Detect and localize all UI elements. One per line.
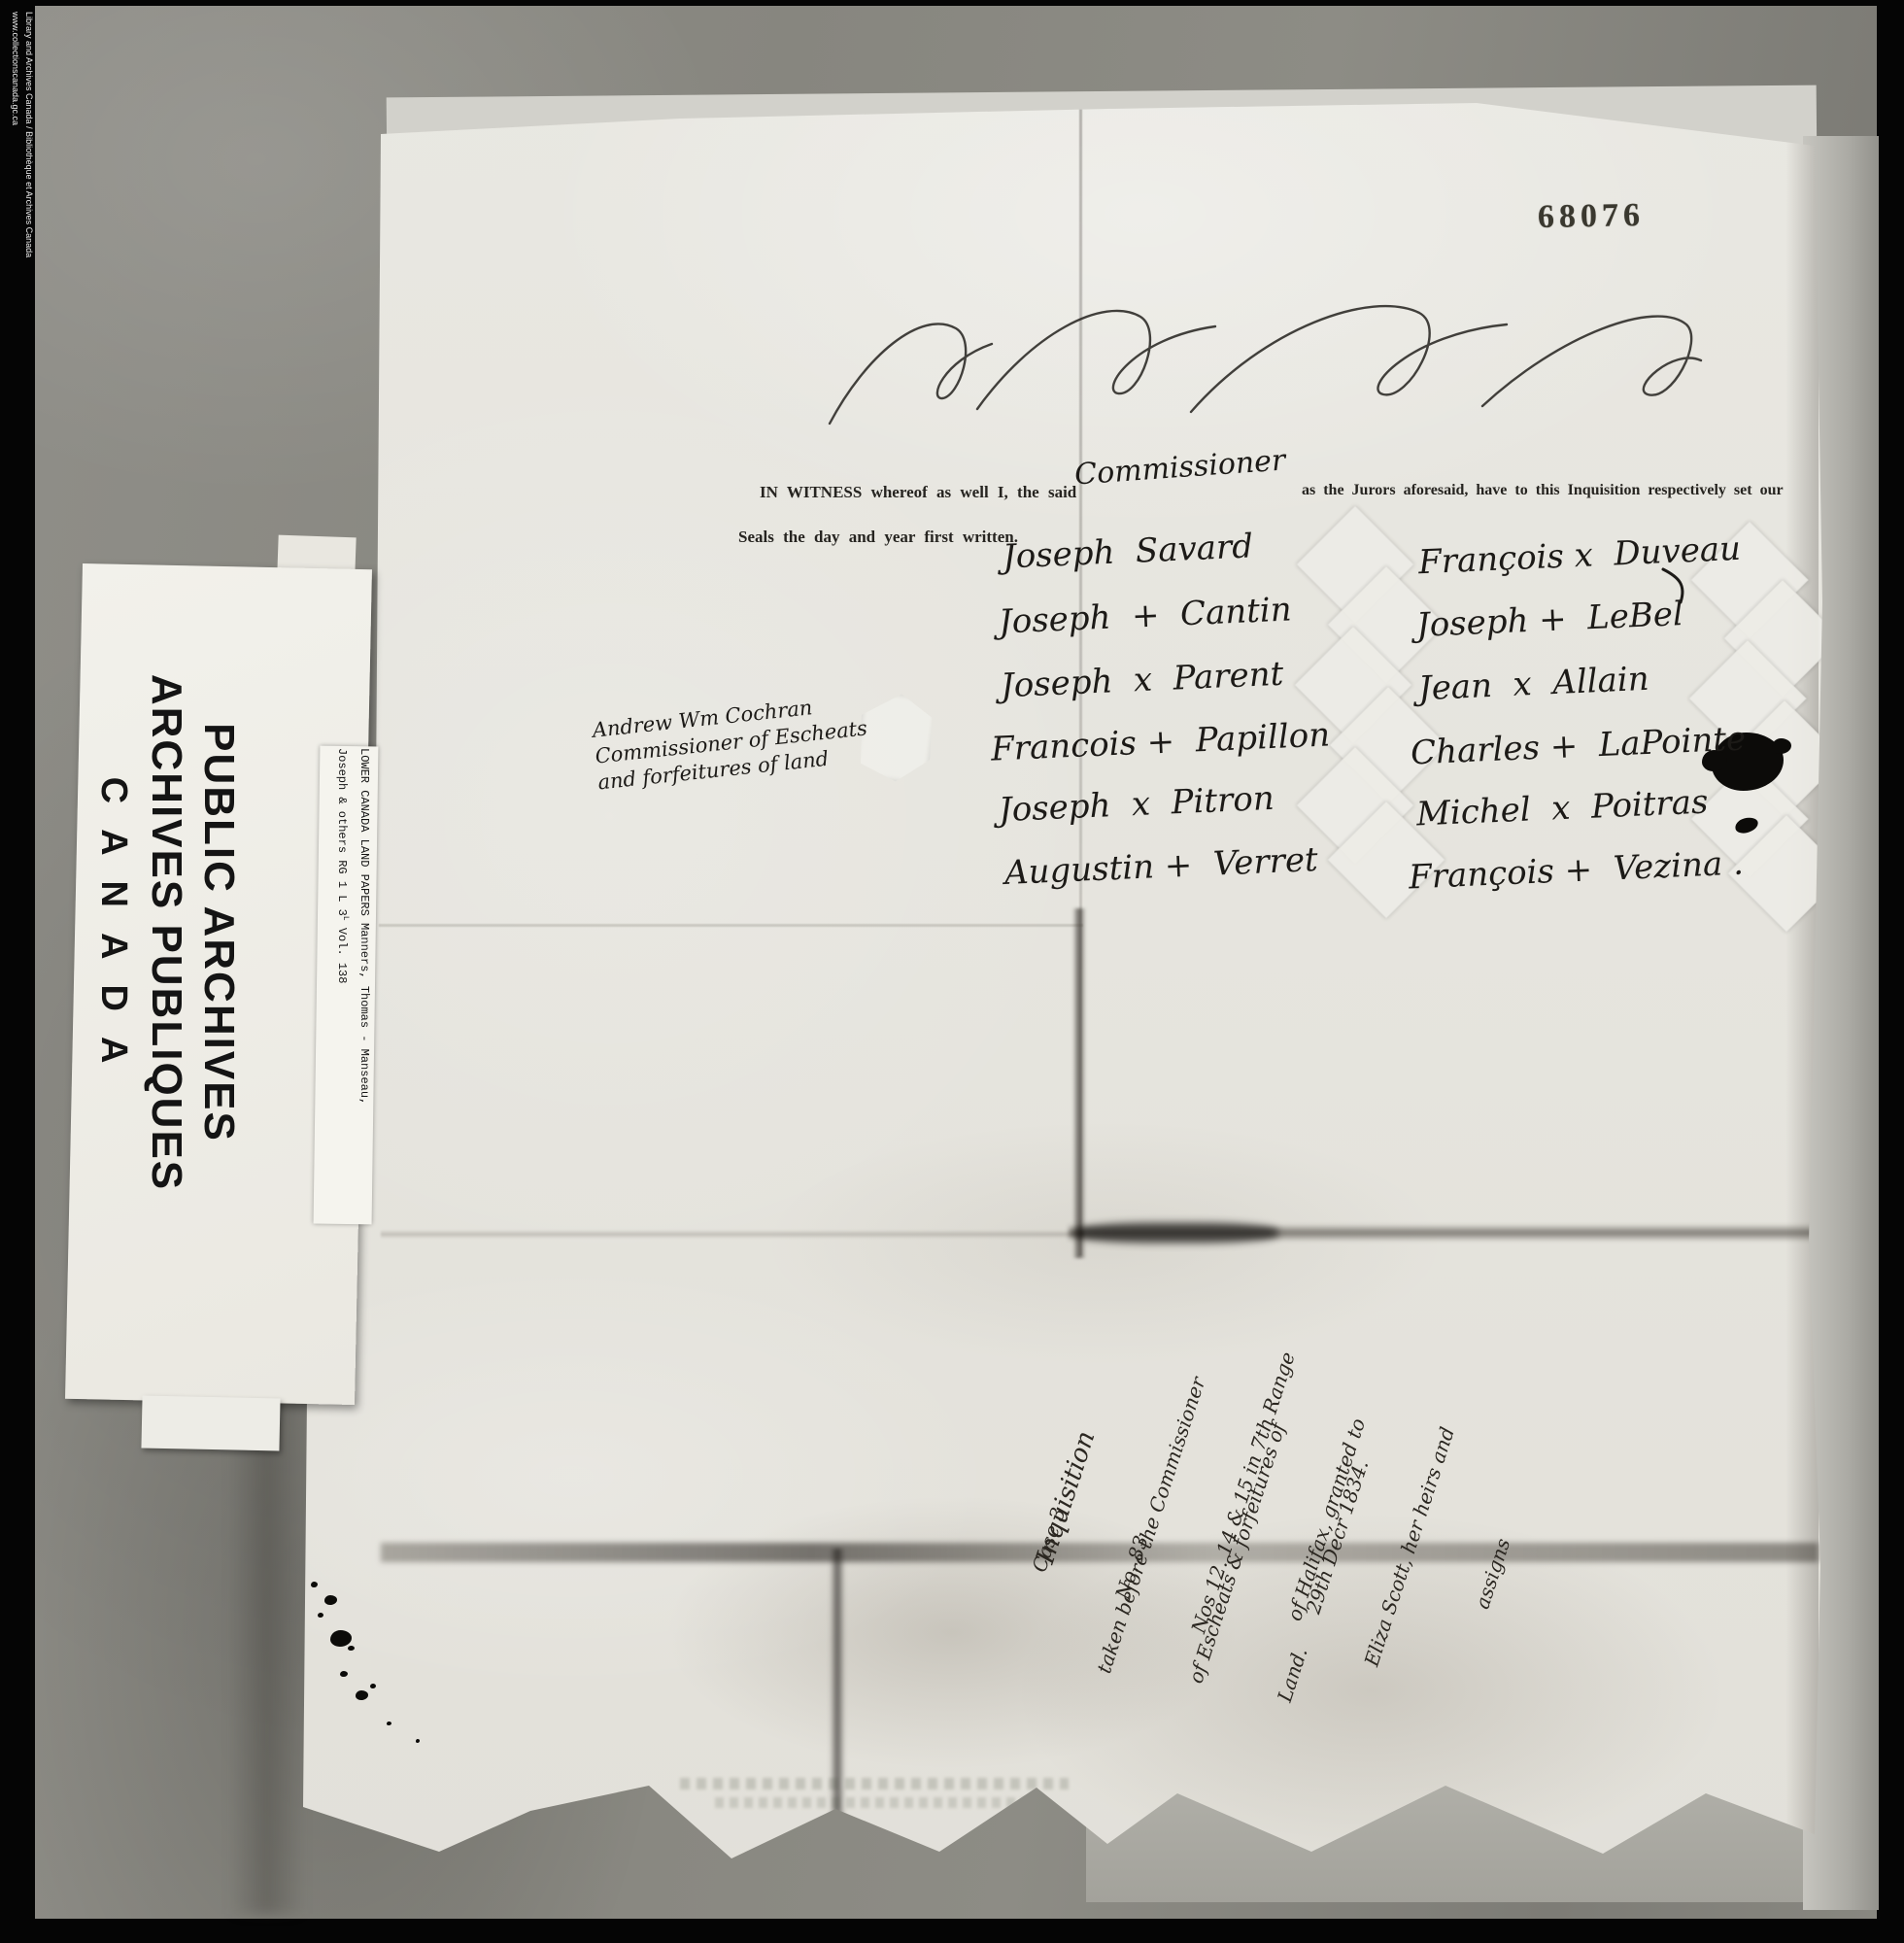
card-tab — [141, 1396, 280, 1451]
card-title: PUBLIC ARCHIVES ARCHIVES PUBLIQUES CANAD… — [89, 563, 245, 1302]
ink-splatter — [324, 1595, 337, 1605]
juror-signature: Augustin + Verret — [1003, 840, 1318, 893]
reference-label-line2-pre: Joseph & others RG 1 L 3 — [335, 748, 349, 916]
commissioner-signature-block: Andrew Wm Cochran Commissioner of Eschea… — [592, 690, 871, 797]
ink-splatter — [348, 1646, 355, 1651]
reference-label-line1: LOWER CANADA LAND PAPERS Manners, Thomas… — [355, 748, 373, 1222]
microfilm-scan: 68076 IN WITNESS whereof as well I, the … — [0, 0, 1904, 1943]
juror-signature: Francois + Papillon — [990, 715, 1331, 768]
ink-splatter — [311, 1582, 318, 1587]
ink-splatter — [318, 1613, 323, 1618]
show-through-text — [680, 1778, 1069, 1790]
juror-signature: François + Vezina . — [1408, 843, 1744, 897]
horizontal-crease-2-left — [381, 1230, 1084, 1239]
juror-signature: Joseph + LeBel — [1415, 595, 1683, 645]
juror-signature: Joseph x Pitron — [998, 779, 1275, 830]
ink-splatter — [356, 1690, 368, 1700]
reference-label-line2-post: Vol. 138 — [335, 921, 349, 984]
archival-stamp-number: 68076 — [1538, 197, 1646, 236]
card-title-line2: ARCHIVES PUBLIQUES — [140, 563, 192, 1302]
horizontal-crease-1 — [379, 924, 1083, 927]
witness-clause-left: IN WITNESS whereof as well I, the said — [760, 483, 1076, 502]
ink-splatter — [370, 1684, 376, 1688]
juror-signature: Michel x Poitras — [1415, 782, 1709, 834]
horizontal-crease-2-knot — [1074, 1222, 1278, 1244]
juror-signature: Jean x Allain — [1417, 660, 1649, 708]
ink-splatter — [330, 1630, 352, 1647]
right-edge-shade — [1785, 136, 1819, 1846]
reference-label-text: LOWER CANADA LAND PAPERS Manners, Thomas… — [321, 748, 373, 1222]
juror-signature: Charles + LaPointe — [1410, 719, 1747, 772]
juror-signature: Joseph Savard — [1002, 527, 1254, 576]
card-title-line1: PUBLIC ARCHIVES — [192, 563, 245, 1302]
reference-label-line2: Joseph & others RG 1 L 3L Vol. 138 — [332, 748, 355, 1222]
lac-watermark-line1: Library and Archives Canada / Bibliothèq… — [22, 12, 36, 291]
vertical-fold-dark-band — [1072, 908, 1086, 1258]
card-title-line3: CANADA — [87, 563, 140, 1302]
lac-watermark: Library and Archives Canada / Bibliothèq… — [4, 12, 35, 291]
show-through-text — [715, 1797, 1045, 1808]
pen-flourish — [812, 288, 1716, 453]
witness-clause-line2: Seals the day and year first written. — [738, 528, 1018, 547]
witness-clause-right: as the Jurors aforesaid, have to this In… — [1302, 482, 1784, 499]
lac-watermark-line2: www.collectionscanada.gc.ca — [9, 12, 22, 291]
ink-splatter — [340, 1671, 348, 1677]
juror-signature: Joseph x Parent — [1000, 655, 1284, 706]
juror-signature: Joseph + Cantin — [998, 590, 1292, 641]
ink-splatter — [416, 1739, 420, 1743]
ink-splatter — [387, 1721, 391, 1725]
